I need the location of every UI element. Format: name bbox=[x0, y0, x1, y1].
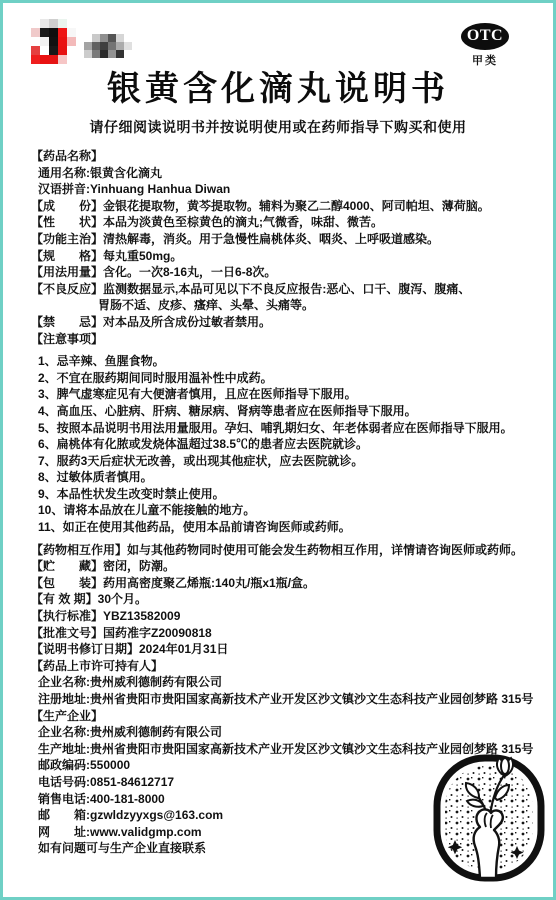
leaflet-line: 【禁 忌】对本品及所含成份过敏者禁用。 bbox=[29, 314, 549, 331]
logo-pixel bbox=[84, 34, 92, 42]
logo-pixel bbox=[124, 50, 132, 58]
leaflet-line: 3、脾气虚寒症见有大便溏者慎用，且应在医师指导下服用。 bbox=[29, 386, 549, 403]
logo-pixel bbox=[124, 42, 132, 50]
logo-pixel bbox=[67, 28, 76, 37]
company-logo-icon bbox=[31, 19, 132, 64]
logo-pixel bbox=[49, 28, 58, 37]
leaflet-line: 9、本品性状发生改变时禁止使用。 bbox=[29, 486, 549, 503]
logo-pixel bbox=[49, 55, 58, 64]
leaflet-line: 【不良反应】监测数据显示,本品可见以下不良反应报告:恶心、口干、腹泻、腹痛、 bbox=[29, 281, 549, 298]
logo-pixel bbox=[124, 34, 132, 42]
logo-pixel bbox=[40, 37, 49, 46]
hand-flower-stamp-icon bbox=[433, 754, 545, 882]
logo-pixel-block-right bbox=[84, 34, 132, 58]
otc-oval-icon: OTC bbox=[461, 23, 509, 50]
leaflet-line: 【执行标准】YBZ13582009 bbox=[29, 608, 549, 625]
logo-pixel bbox=[49, 46, 58, 55]
leaflet-line: 通用名称:银黄含化滴丸 bbox=[29, 165, 549, 182]
logo-pixel bbox=[58, 46, 67, 55]
logo-pixel bbox=[31, 55, 40, 64]
logo-pixel bbox=[116, 50, 124, 58]
otc-class-label: 甲类 bbox=[461, 52, 509, 68]
leaflet-body: 【药品名称】通用名称:银黄含化滴丸汉语拼音:Yinhuang Hanhua Di… bbox=[29, 148, 549, 857]
page-title: 银黄含化滴丸说明书 bbox=[3, 61, 553, 110]
logo-pixel bbox=[67, 19, 76, 28]
logo-pixel bbox=[84, 42, 92, 50]
logo-pixel bbox=[40, 19, 49, 28]
logo-pixel bbox=[67, 46, 76, 55]
otc-label: OTC bbox=[467, 27, 503, 44]
logo-pixel bbox=[58, 37, 67, 46]
leaflet-line: 7、服药3天后症状无改善，或出现其他症状，应去医院就诊。 bbox=[29, 453, 549, 470]
leaflet-line: 企业名称:贵州威利德制药有限公司 bbox=[29, 724, 549, 741]
logo-pixel bbox=[40, 46, 49, 55]
logo-pixel bbox=[92, 50, 100, 58]
logo-pixel bbox=[100, 42, 108, 50]
leaflet-line: 11、如正在使用其他药品，使用本品前请咨询医师或药师。 bbox=[29, 519, 549, 536]
logo-pixel bbox=[49, 37, 58, 46]
logo-pixel bbox=[84, 50, 92, 58]
leaflet-line: 6、扁桃体有化脓或发烧体温超过38.5℃的患者应去医院就诊。 bbox=[29, 436, 549, 453]
logo-pixel bbox=[58, 28, 67, 37]
logo-pixel bbox=[67, 37, 76, 46]
leaflet-line: 【生产企业】 bbox=[29, 708, 549, 725]
leaflet-line: 胃肠不适、皮疹、瘙痒、头晕、头痛等。 bbox=[29, 297, 549, 314]
leaflet-line: 5、按照本品说明书用法用量服用。孕妇、哺乳期妇女、年老体弱者应在医师指导下服用。 bbox=[29, 420, 549, 437]
leaflet-line: 注册地址:贵州省贵阳市贵阳国家高新技术产业开发区沙文镇沙文生态科技产业园创梦路 … bbox=[29, 691, 549, 708]
leaflet-line: 【规 格】每丸重50mg。 bbox=[29, 248, 549, 265]
leaflet-line: 【性 状】本品为淡黄色至棕黄色的滴丸;气微香，味甜、微苦。 bbox=[29, 214, 549, 231]
logo-pixel bbox=[58, 19, 67, 28]
logo-pixel bbox=[108, 50, 116, 58]
leaflet-line: 【有 效 期】30个月。 bbox=[29, 591, 549, 608]
logo-pixel bbox=[31, 37, 40, 46]
logo-pixel bbox=[92, 34, 100, 42]
otc-badge: OTC 甲类 bbox=[461, 23, 509, 68]
leaflet-line: 【药品名称】 bbox=[29, 148, 549, 165]
leaflet-line: 【贮 藏】密闭，防潮。 bbox=[29, 558, 549, 575]
leaflet-line: 8、过敏体质者慎用。 bbox=[29, 469, 549, 486]
logo-pixel bbox=[40, 55, 49, 64]
leaflet-line: 4、高血压、心脏病、肝病、糖尿病、肾病等患者应在医师指导下服用。 bbox=[29, 403, 549, 420]
leaflet-line: 企业名称:贵州威利德制药有限公司 bbox=[29, 674, 549, 691]
logo-pixel-block-left bbox=[31, 19, 76, 64]
leaflet-line: 1、忌辛辣、鱼腥食物。 bbox=[29, 353, 549, 370]
leaflet-line: 【功能主治】清热解毒，消炎。用于急慢性扁桃体炎、咽炎、上呼吸道感染。 bbox=[29, 231, 549, 248]
leaflet-line: 【包 装】药用高密度聚乙烯瓶:140丸/瓶x1瓶/盒。 bbox=[29, 575, 549, 592]
leaflet-line: 2、不宜在服药期间同时服用温补性中成药。 bbox=[29, 370, 549, 387]
leaflet-line: 【成 份】金银花提取物，黄芩提取物。辅料为聚乙二醇4000、阿司帕坦、薄荷脑。 bbox=[29, 198, 549, 215]
lotus-petal bbox=[501, 758, 509, 774]
leaflet-line: 【注意事项】 bbox=[29, 331, 549, 348]
leaflet-line: 汉语拼音:Yinhuang Hanhua Diwan bbox=[29, 181, 549, 198]
logo-pixel bbox=[116, 34, 124, 42]
leaflet-line: 【说明书修订日期】2024年01月31日 bbox=[29, 641, 549, 658]
logo-pixel bbox=[100, 50, 108, 58]
logo-pixel bbox=[108, 42, 116, 50]
logo-pixel bbox=[40, 28, 49, 37]
logo-pixel bbox=[49, 19, 58, 28]
leaflet-page: OTC 甲类 银黄含化滴丸说明书 请仔细阅读说明书并按说明使用或在药师指导下购买… bbox=[0, 0, 556, 900]
logo-pixel bbox=[31, 19, 40, 28]
page-subtitle: 请仔细阅读说明书并按说明使用或在药师指导下购买和使用 bbox=[3, 117, 553, 137]
leaflet-line: 10、请将本品放在儿童不能接触的地方。 bbox=[29, 502, 549, 519]
logo-pixel bbox=[100, 34, 108, 42]
logo-pixel bbox=[67, 55, 76, 64]
leaflet-line: 【用法用量】含化。一次8-16丸，一日6-8次。 bbox=[29, 264, 549, 281]
logo-pixel bbox=[58, 55, 67, 64]
logo-pixel bbox=[116, 42, 124, 50]
leaflet-line: 【药物相互作用】如与其他药物同时使用可能会发生药物相互作用，详情请咨询医师或药师… bbox=[29, 542, 549, 559]
leaflet-line: 【批准文号】国药准字Z20090818 bbox=[29, 625, 549, 642]
logo-pixel bbox=[92, 42, 100, 50]
logo-pixel bbox=[31, 46, 40, 55]
logo-pixel bbox=[108, 34, 116, 42]
leaflet-line: 【药品上市许可持有人】 bbox=[29, 658, 549, 675]
logo-pixel bbox=[31, 28, 40, 37]
